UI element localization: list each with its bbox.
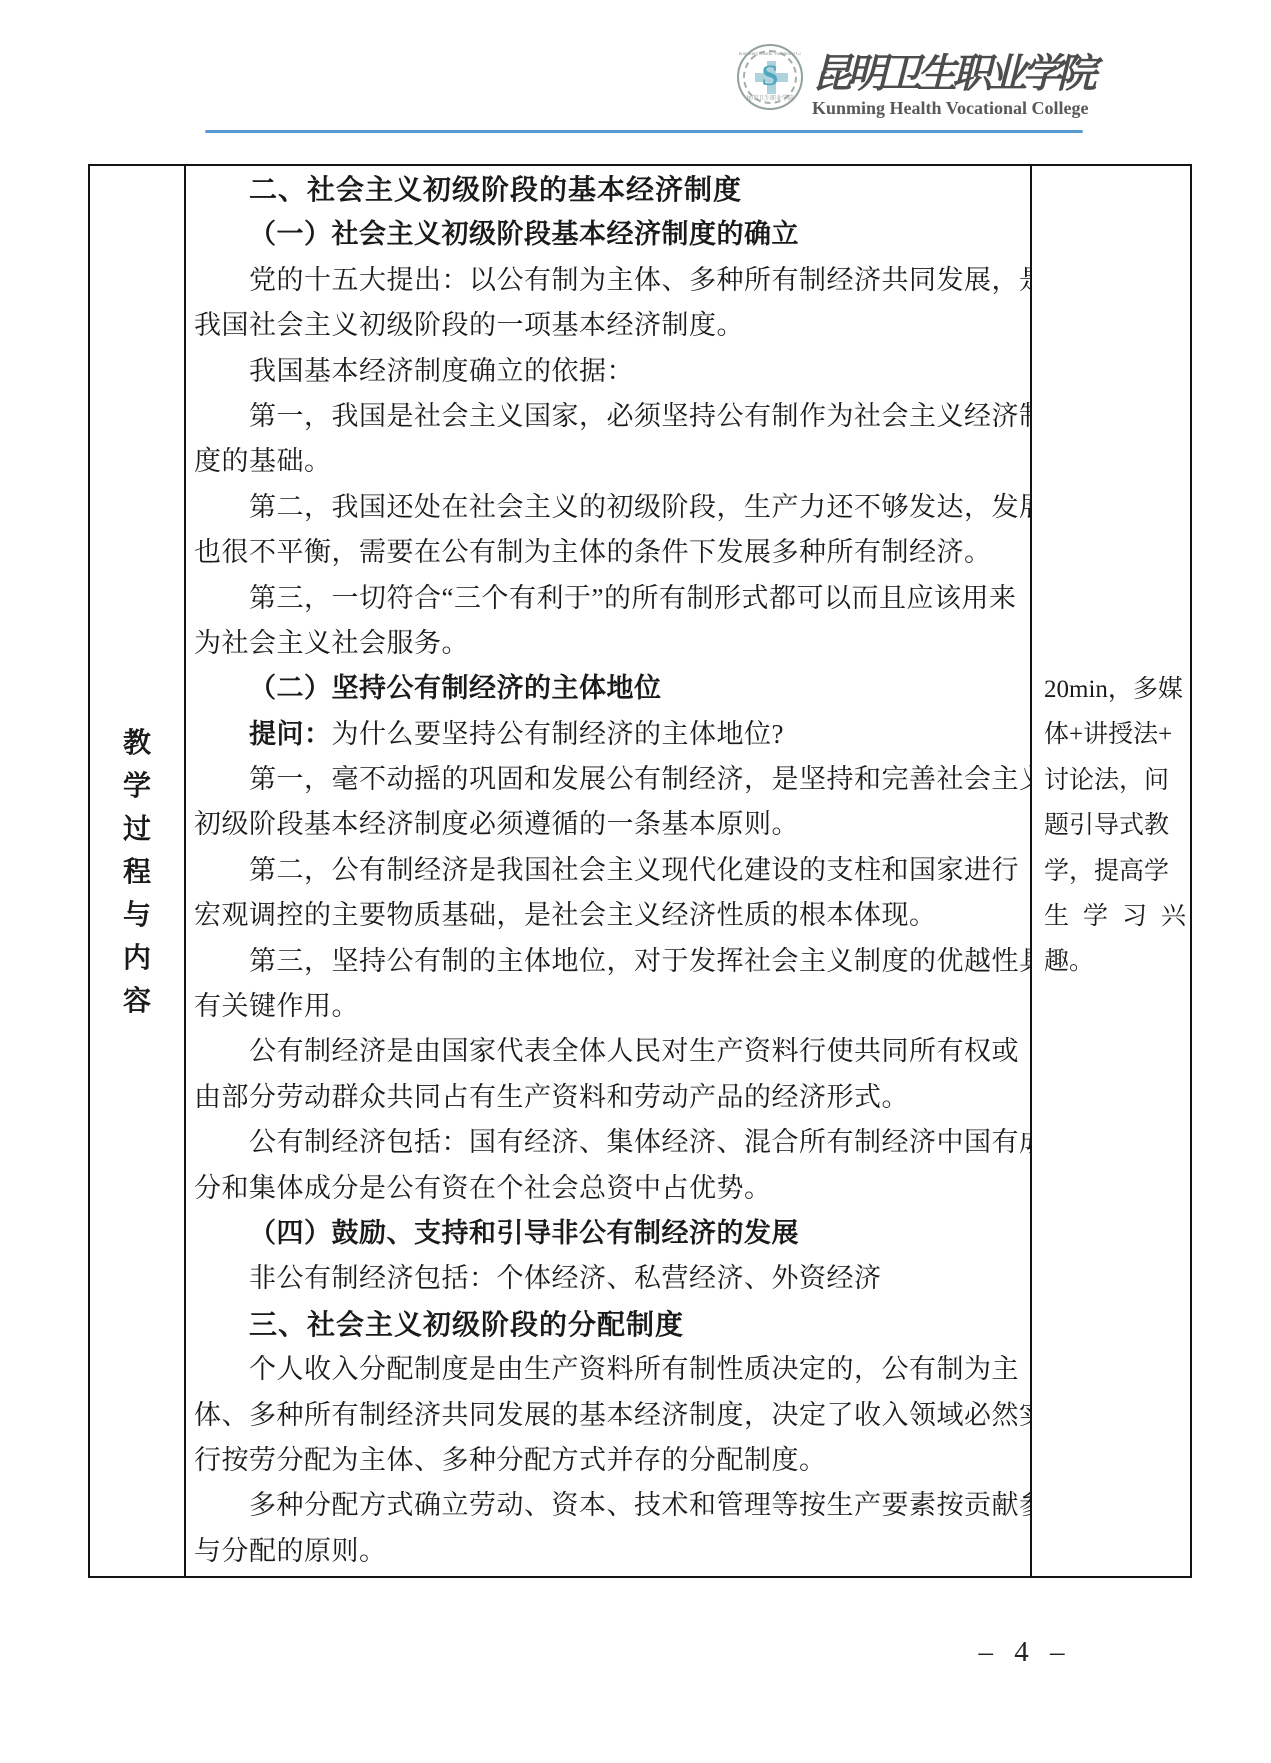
content-line: 分和集体成分是公有资在个社会总资中占优势。 — [194, 1166, 1024, 1211]
college-name-english: Kunming Health Vocational College — [812, 98, 1102, 119]
vertical-header-char: 容 — [90, 979, 184, 1022]
content-line-text: 第一，我国是社会主义国家，必须坚持公有制作为社会主义经济制 — [249, 401, 1030, 431]
content-line-text: 初级阶段基本经济制度必须遵循的一条基本原则。 — [194, 809, 799, 839]
question-label: 提问： — [249, 719, 332, 749]
content-line-text: 公有制经济包括：国有经济、集体经济、混合所有制经济中国有成 — [249, 1127, 1030, 1157]
college-name-calligraphy: 昆明卫生职业学院 — [812, 42, 1092, 99]
content-line: 有关键作用。 — [194, 984, 1024, 1029]
content-line-text: 三、社会主义初级阶段的分配制度 — [249, 1309, 684, 1340]
content-line: 个人收入分配制度是由生产资料所有制性质决定的，公有制为主 — [194, 1347, 1024, 1392]
page-number: – 4 – — [958, 1636, 1092, 1669]
method-note-line: 题引导式教 — [1044, 803, 1186, 848]
content-line: 为社会主义社会服务。 — [194, 621, 1024, 666]
content-line-text: （一）社会主义初级阶段基本经济制度的确立 — [249, 219, 799, 249]
content-line-text: （二）坚持公有制经济的主体地位 — [249, 673, 662, 703]
header-divider-line — [205, 130, 1083, 133]
content-line: （四）鼓励、支持和引导非公有制经济的发展 — [194, 1211, 1024, 1256]
seal-arc-text-top: Kunming Health Vocational College — [739, 52, 801, 57]
content-line: 与分配的原则。 — [194, 1529, 1024, 1574]
content-line-text: 我国基本经济制度确立的依据： — [249, 356, 634, 386]
content-line: 行按劳分配为主体、多种分配方式并存的分配制度。 — [194, 1438, 1024, 1483]
content-line: 二、社会主义初级阶段的基本经济制度 — [194, 167, 1024, 212]
content-line-text: 党的十五大提出：以公有制为主体、多种所有制经济共同发展，是 — [249, 265, 1030, 295]
content-line-text: 宏观调控的主要物质基础，是社会主义经济性质的根本体现。 — [194, 900, 937, 930]
content-line-text: 非公有制经济包括：个体经济、私营经济、外资经济 — [249, 1263, 882, 1293]
content-line: 体、多种所有制经济共同发展的基本经济制度，决定了收入领域必然实 — [194, 1393, 1024, 1438]
content-line: 第三，一切符合“三个有利于”的所有制形式都可以而且应该用来 — [194, 576, 1024, 621]
method-note-line: 趣。 — [1044, 939, 1186, 984]
vertical-header-char: 过 — [90, 807, 184, 850]
document-page: Kunming Health Vocational College S 昆明卫生… — [0, 0, 1271, 1763]
content-line: 第一，我国是社会主义国家，必须坚持公有制作为社会主义经济制 — [194, 394, 1024, 439]
content-line-text: 公有制经济是由国家代表全体人民对生产资料行使共同所有权或 — [249, 1036, 1019, 1066]
content-line-text: 有关键作用。 — [194, 991, 359, 1021]
content-line-text: 体、多种所有制经济共同发展的基本经济制度，决定了收入领域必然实 — [194, 1400, 1030, 1430]
teaching-process-header-cell: 教 学 过 程 与 内 容 — [90, 166, 186, 1576]
content-line: 度的基础。 — [194, 439, 1024, 484]
seal-arc-text-bottom: 昆明卫生职业学院 — [739, 93, 801, 102]
content-line-text: 度的基础。 — [194, 446, 332, 476]
content-line: 第一，毫不动摇的巩固和发展公有制经济，是坚持和完善社会主义 — [194, 757, 1024, 802]
vertical-header-char: 内 — [90, 936, 184, 979]
method-note-line: 20min，多媒 — [1044, 667, 1186, 712]
content-line: 由部分劳动群众共同占有生产资料和劳动产品的经济形式。 — [194, 1075, 1024, 1120]
content-line-text: 第二，公有制经济是我国社会主义现代化建设的支柱和国家进行 — [249, 855, 1019, 885]
content-line: 三、社会主义初级阶段的分配制度 — [194, 1302, 1024, 1347]
content-line-text: 由部分劳动群众共同占有生产资料和劳动产品的经济形式。 — [194, 1082, 909, 1112]
content-line: 公有制经济是由国家代表全体人民对生产资料行使共同所有权或 — [194, 1029, 1024, 1074]
content-line: 宏观调控的主要物质基础，是社会主义经济性质的根本体现。 — [194, 893, 1024, 938]
college-seal-logo: Kunming Health Vocational College S 昆明卫生… — [737, 44, 803, 110]
seal-letter-s: S — [739, 59, 801, 93]
content-line-text: 第一，毫不动摇的巩固和发展公有制经济，是坚持和完善社会主义 — [249, 764, 1030, 794]
method-note-line: 生学习兴 — [1044, 894, 1186, 939]
content-line-text: 为什么要坚持公有制经济的主体地位? — [332, 719, 784, 749]
method-note-line: 体+讲授法+ — [1044, 712, 1186, 757]
content-line: （一）社会主义初级阶段基本经济制度的确立 — [194, 212, 1024, 257]
content-line: 党的十五大提出：以公有制为主体、多种所有制经济共同发展，是 — [194, 258, 1024, 303]
vertical-header-char: 程 — [90, 850, 184, 893]
content-line: （二）坚持公有制经济的主体地位 — [194, 666, 1024, 711]
content-line: 我国基本经济制度确立的依据： — [194, 349, 1024, 394]
content-line-text: 第三，一切符合“三个有利于”的所有制形式都可以而且应该用来 — [249, 583, 1016, 613]
content-line-text: 多种分配方式确立劳动、资本、技术和管理等按生产要素按贡献参 — [249, 1490, 1030, 1520]
method-note-line: 学，提高学 — [1044, 849, 1186, 894]
content-line: 多种分配方式确立劳动、资本、技术和管理等按生产要素按贡献参 — [194, 1483, 1024, 1528]
content-line-text: （四）鼓励、支持和引导非公有制经济的发展 — [249, 1218, 799, 1248]
content-line-text: 二、社会主义初级阶段的基本经济制度 — [249, 174, 742, 205]
content-line-text: 也很不平衡，需要在公有制为主体的条件下发展多种所有制经济。 — [194, 537, 992, 567]
lesson-plan-table: 教 学 过 程 与 内 容 二、社会主义初级阶段的基本经济制度 （一）社会主义初… — [88, 164, 1192, 1578]
content-line-text: 行按劳分配为主体、多种分配方式并存的分配制度。 — [194, 1445, 827, 1475]
content-line: 我国社会主义初级阶段的一项基本经济制度。 — [194, 303, 1024, 348]
content-line-text: 分和集体成分是公有资在个社会总资中占优势。 — [194, 1173, 772, 1203]
content-line: 公有制经济包括：国有经济、集体经济、混合所有制经济中国有成 — [194, 1120, 1024, 1165]
vertical-header-char: 与 — [90, 893, 184, 936]
content-line-text: 为社会主义社会服务。 — [194, 628, 469, 658]
time-and-method-cell: 20min，多媒 体+讲授法+ 讨论法，问 题引导式教 学，提高学 生学习兴 趣… — [1030, 166, 1190, 1576]
content-line-text: 与分配的原则。 — [194, 1536, 387, 1566]
content-line-text: 我国社会主义初级阶段的一项基本经济制度。 — [194, 310, 744, 340]
vertical-header-char: 学 — [90, 764, 184, 807]
content-line: 第二，公有制经济是我国社会主义现代化建设的支柱和国家进行 — [194, 848, 1024, 893]
content-line: 非公有制经济包括：个体经济、私营经济、外资经济 — [194, 1256, 1024, 1301]
content-line-text: 个人收入分配制度是由生产资料所有制性质决定的，公有制为主 — [249, 1354, 1019, 1384]
content-line-text: 第二，我国还处在社会主义的初级阶段，生产力还不够发达，发展 — [249, 492, 1030, 522]
content-line-text: 第三，坚持公有制的主体地位，对于发挥社会主义制度的优越性具 — [249, 946, 1030, 976]
content-line: 第二，我国还处在社会主义的初级阶段，生产力还不够发达，发展 — [194, 485, 1024, 530]
content-line: 也很不平衡，需要在公有制为主体的条件下发展多种所有制经济。 — [194, 530, 1024, 575]
teaching-content-cell: 二、社会主义初级阶段的基本经济制度 （一）社会主义初级阶段基本经济制度的确立 党… — [186, 166, 1030, 1576]
method-note-line: 讨论法，问 — [1044, 758, 1186, 803]
content-line: 第三，坚持公有制的主体地位，对于发挥社会主义制度的优越性具 — [194, 939, 1024, 984]
vertical-header-char: 教 — [90, 721, 184, 764]
content-line: 提问：为什么要坚持公有制经济的主体地位? — [194, 712, 1024, 757]
content-line: 初级阶段基本经济制度必须遵循的一条基本原则。 — [194, 802, 1024, 847]
